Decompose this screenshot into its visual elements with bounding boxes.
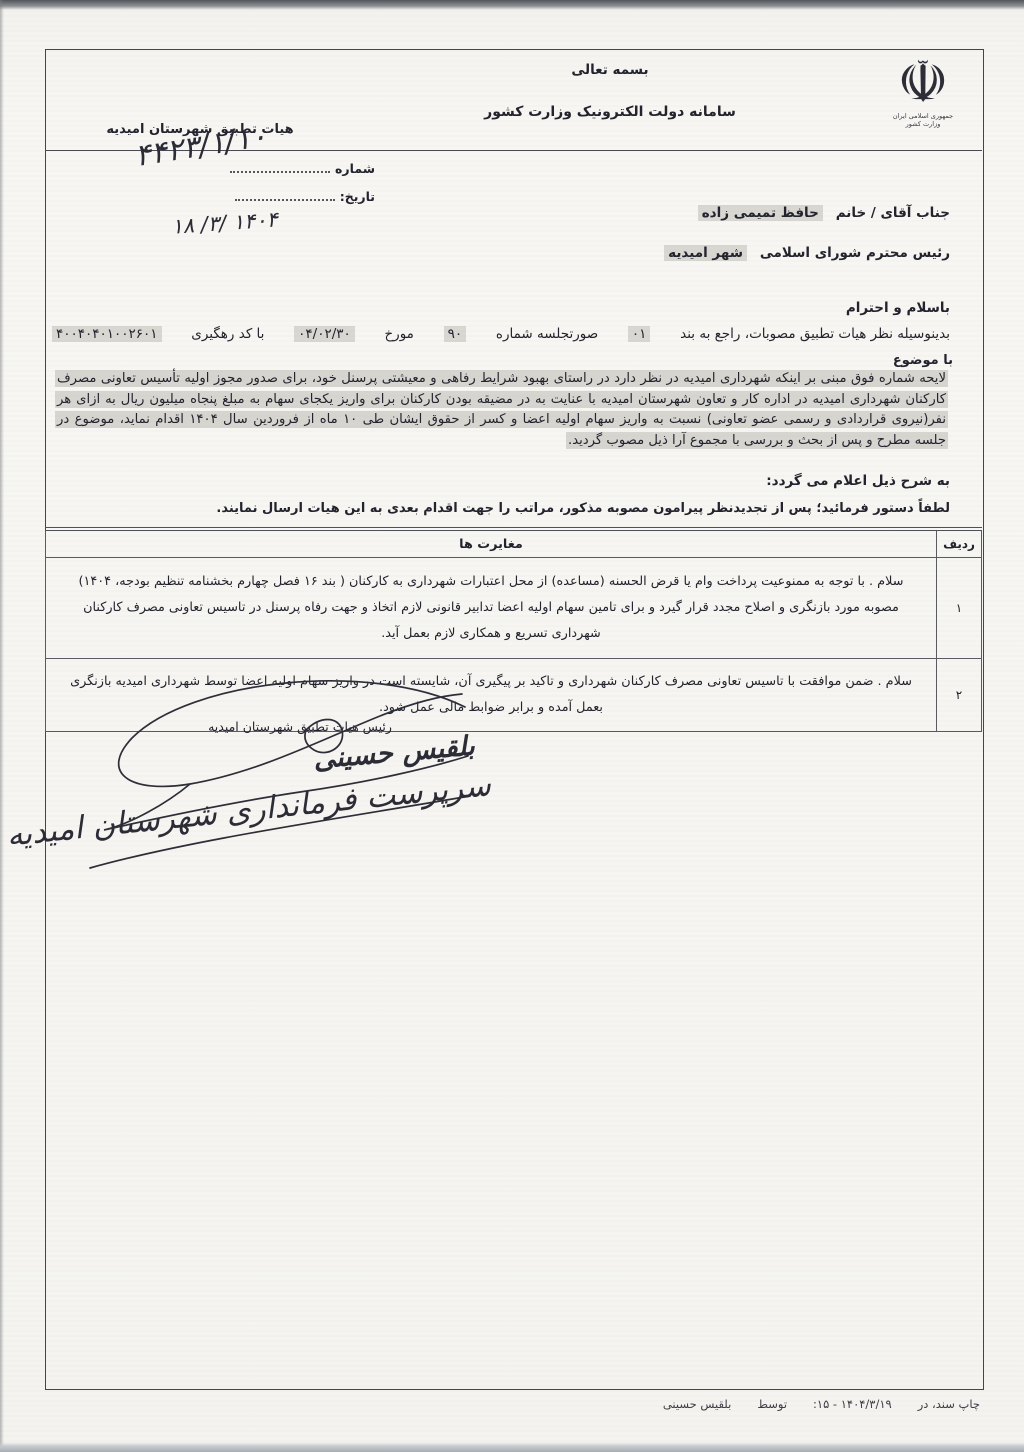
recipient-line-1: جناب آقای / خانم حافظ تمیمی زاده	[698, 203, 950, 223]
recipient-name: حافظ تمیمی زاده	[698, 205, 823, 221]
recipient-city: شهر امیدیه	[664, 245, 747, 261]
clause-number: ۰۱	[628, 326, 651, 342]
emblem-caption-line1: جمهوری اسلامی ایران	[878, 112, 968, 120]
recipient-line-2: رئیس محترم شورای اسلامی شهر امیدیه	[664, 243, 950, 263]
print-by-label: توسط	[757, 1397, 787, 1411]
session-date: ۰۴/۰۲/۳۰	[294, 326, 355, 342]
number-field: شماره	[205, 158, 375, 177]
discrepancy-text: سلام . با توجه به ممنوعیت پرداخت وام یا …	[46, 558, 937, 659]
session-number: ۹۰	[444, 326, 467, 342]
scan-edge-top	[0, 0, 1024, 10]
table-header-row: ردیف مغایرت ها	[46, 529, 982, 558]
date-dotted-line	[235, 189, 335, 201]
iran-emblem: ☫ جمهوری اسلامی ایران وزارت کشور	[878, 52, 968, 128]
print-footer: چاپ سند، در :۱۵ - ۱۴۰۴/۳/۱۹ توسط بلقیس ح…	[663, 1397, 980, 1411]
number-label: شماره	[335, 161, 375, 176]
row-number: ۲	[937, 659, 982, 732]
recipient-title: رئیس محترم شورای اسلامی	[760, 245, 950, 261]
number-dotted-line	[230, 161, 330, 173]
system-title: سامانه دولت الکترونیک وزارت کشور	[420, 104, 800, 120]
column-header-discrepancies: مغایرت ها	[46, 529, 937, 558]
scan-edge-left	[0, 0, 4, 1452]
subject-paragraph: لایحه شماره فوق مبنی بر اینکه شهرداری ام…	[55, 369, 948, 451]
subject-label: با موضوع	[893, 353, 953, 368]
column-header-row-number: ردیف	[937, 529, 982, 558]
print-datetime: :۱۵ - ۱۴۰۴/۳/۱۹	[813, 1397, 892, 1411]
printed-by: بلقیس حسینی	[663, 1397, 732, 1411]
recipient-salutation: جناب آقای / خانم	[836, 205, 950, 221]
row-number: ۱	[937, 558, 982, 659]
table-row: ۱ سلام . با توجه به ممنوعیت پرداخت وام ی…	[46, 558, 982, 659]
greeting: باسلام و احترام	[846, 298, 950, 318]
iran-emblem-icon: ☫	[878, 52, 968, 112]
intro-prefix: بدینوسیله نظر هیات تطبیق مصوبات، راجع به…	[680, 326, 950, 342]
emblem-caption-line2: وزارت کشور	[878, 120, 968, 128]
print-label: چاپ سند، در	[918, 1397, 980, 1411]
tracking-code: ۴۰۰۴۰۴۰۱۰۰۲۶۰۱	[52, 326, 162, 342]
date-label: تاریخ:	[340, 189, 375, 204]
instruction-line: لطفاً دستور فرمائید؛ پس از تجدیدنظر پیرا…	[216, 499, 950, 519]
intro-mid2: مورخ	[384, 326, 413, 342]
announce-line: به شرح ذیل اعلام می گردد:	[766, 471, 950, 491]
intro-mid3: با کد رهگیری	[191, 326, 264, 342]
scan-edge-bottom	[0, 1442, 1024, 1452]
intro-mid1: صورتجلسه شماره	[496, 326, 598, 342]
subject-text: لایحه شماره فوق مبنی بر اینکه شهرداری ام…	[55, 370, 948, 449]
intro-line: بدینوسیله نظر هیات تطبیق مصوبات، راجع به…	[52, 326, 950, 342]
bismillah: بسمه تعالی	[470, 62, 750, 78]
scanned-letter-page: بسمه تعالی سامانه دولت الکترونیک وزارت ک…	[0, 0, 1024, 1452]
date-field: تاریخ:	[205, 186, 375, 205]
